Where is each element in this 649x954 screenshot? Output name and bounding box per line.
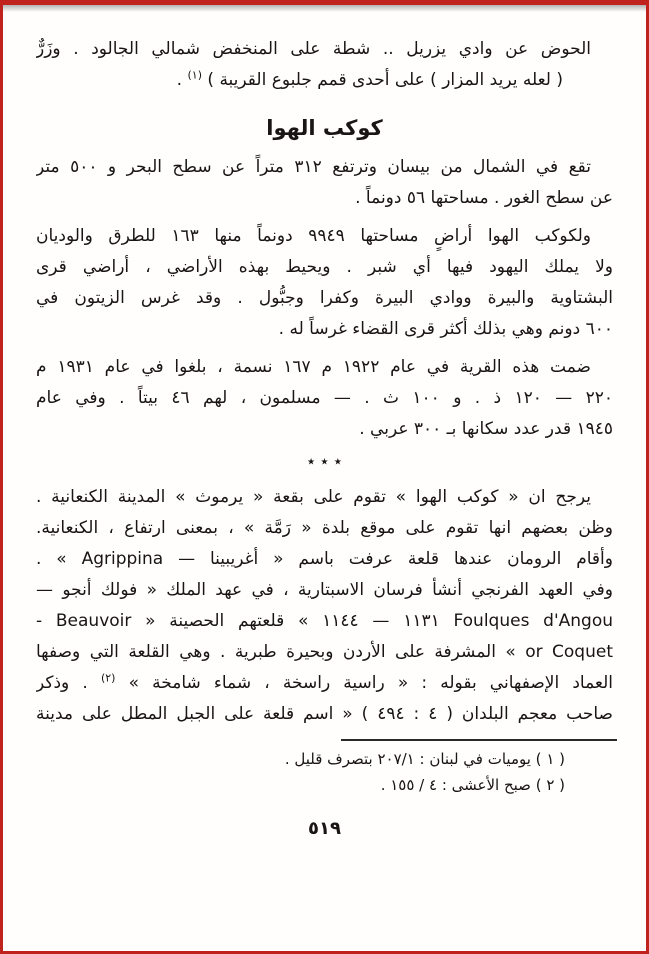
text-segment: تقع في الشمال من بيسان وترتفع ٣١٢ متراً …: [36, 157, 591, 177]
text-line: وظن بعضهم انها تقوم على موقع بلدة « رَمَ…: [36, 513, 613, 544]
text-segment: وفي العهد الفرنجي أنشأ فرسان الاسبتارية …: [36, 580, 613, 600]
text-segment: . وذكر: [36, 673, 101, 693]
footnote-marker: (٢): [101, 671, 116, 684]
location-paragraph: تقع في الشمال من بيسان وترتفع ٣١٢ متراً …: [36, 152, 613, 214]
page-number: ٥١٩: [36, 816, 613, 842]
text-segment: ضمت هذه القرية في عام ١٩٢٢ م ١٦٧ نسمة ، …: [36, 357, 591, 377]
book-page: الحوض عن وادي يزريل .. شطة على المنخفض ش…: [0, 0, 649, 954]
text-line: صاحب معجم البلدان ( ٤ : ٤٩٤ ) « اسم قلعة…: [36, 699, 613, 730]
text-segment: الحوض عن وادي يزريل .. شطة على المنخفض ش…: [36, 39, 591, 59]
text-segment: ولكوكب الهوا أراضٍ مساحتها ٩٩٤٩ دونماً م…: [36, 226, 591, 246]
text-line: Foulques d'Angou ١١٣١ — ١١٤٤ » قلعتهم ال…: [36, 606, 613, 637]
text-line: ولكوكب الهوا أراضٍ مساحتها ٩٩٤٩ دونماً م…: [36, 221, 613, 252]
text-line: ( لعله يريد المزار ) على أحدى قمم جلبوع …: [36, 65, 613, 96]
text-segment: وأقام الرومان عندها قلعة عرفت باسم « أغر…: [36, 549, 613, 569]
text-line: ولا يملك اليهود فيها أي شبر . ويحيط بهذه…: [36, 252, 613, 283]
population-paragraph: ضمت هذه القرية في عام ١٩٢٢ م ١٦٧ نسمة ، …: [36, 352, 613, 445]
text-segment: ولا يملك اليهود فيها أي شبر . ويحيط بهذه…: [36, 257, 613, 277]
footnote-marker: (١): [187, 68, 202, 81]
text-segment: البشتاوية والبيرة ووادي البيرة وكفرا وجب…: [36, 288, 613, 308]
footnote-2: ( ٢ ) صبح الأعشى : ٤ / ١٥٥ .: [36, 772, 613, 798]
page-top-shadow: [3, 5, 646, 12]
text-segment: ١٩٤٥ قدر عدد سكانها بـ ٣٠٠ عربي .: [359, 419, 613, 439]
text-line: يرجح ان « كوكب الهوا » تقوم على بقعة « ي…: [36, 482, 613, 513]
continuation-paragraph: الحوض عن وادي يزريل .. شطة على المنخفض ش…: [36, 34, 613, 96]
text-segment: يرجح ان « كوكب الهوا » تقوم على بقعة « ي…: [36, 487, 591, 507]
text-line: ١٩٤٥ قدر عدد سكانها بـ ٣٠٠ عربي .: [36, 414, 613, 445]
footnote-rule: [341, 739, 617, 741]
text-segment: ( لعله يريد المزار ) على أحدى قمم جلبوع …: [202, 70, 563, 90]
text-segment: وظن بعضهم انها تقوم على موقع بلدة « رَمَ…: [36, 518, 613, 538]
text-line: وفي العهد الفرنجي أنشأ فرسان الاسبتارية …: [36, 575, 613, 606]
text-line: وأقام الرومان عندها قلعة عرفت باسم « أغر…: [36, 544, 613, 575]
text-line: ٢٢٠ — ١٢٠ ذ . و ١٠٠ ث . — مسلمون ، لهم ٤…: [36, 383, 613, 414]
text-segment: .: [177, 70, 188, 90]
text-segment: عن سطح الغور . مساحتها ٥٦ دونماً .: [355, 188, 613, 208]
text-segment: صاحب معجم البلدان ( ٤ : ٤٩٤ ) « اسم قلعة…: [36, 704, 613, 724]
text-line: الحوض عن وادي يزريل .. شطة على المنخفض ش…: [36, 34, 613, 65]
text-line: or Coquet » المشرفة على الأردن وبحيرة طب…: [36, 637, 613, 668]
text-line: العماد الإصفهاني بقوله : « راسية راسخة ،…: [36, 668, 613, 699]
section-separator: ٭ ٭ ٭: [36, 448, 613, 475]
text-segment: ٦٠٠ دونم وهي بذلك أكثر قرى القضاء غرساً …: [279, 319, 613, 339]
text-line: ضمت هذه القرية في عام ١٩٢٢ م ١٦٧ نسمة ، …: [36, 352, 613, 383]
text-segment: or Coquet » المشرفة على الأردن وبحيرة طب…: [36, 642, 613, 662]
text-line: ٦٠٠ دونم وهي بذلك أكثر قرى القضاء غرساً …: [36, 314, 613, 345]
section-heading: كوكب الهوا: [36, 111, 613, 145]
text-line: تقع في الشمال من بيسان وترتفع ٣١٢ متراً …: [36, 152, 613, 183]
lands-paragraph: ولكوكب الهوا أراضٍ مساحتها ٩٩٤٩ دونماً م…: [36, 221, 613, 345]
history-paragraph: يرجح ان « كوكب الهوا » تقوم على بقعة « ي…: [36, 482, 613, 730]
footnote-1: ( ١ ) يوميات في لبنان : ٢٠٧/١ بتصرف قليل…: [36, 746, 613, 772]
text-segment: العماد الإصفهاني بقوله : « راسية راسخة ،…: [115, 673, 613, 693]
text-line: عن سطح الغور . مساحتها ٥٦ دونماً .: [36, 183, 613, 214]
text-segment: Foulques d'Angou ١١٣١ — ١١٤٤ » قلعتهم ال…: [36, 611, 613, 631]
text-block: الحوض عن وادي يزريل .. شطة على المنخفض ش…: [3, 12, 646, 842]
text-line: البشتاوية والبيرة ووادي البيرة وكفرا وجب…: [36, 283, 613, 314]
text-segment: ٢٢٠ — ١٢٠ ذ . و ١٠٠ ث . — مسلمون ، لهم ٤…: [36, 388, 613, 408]
